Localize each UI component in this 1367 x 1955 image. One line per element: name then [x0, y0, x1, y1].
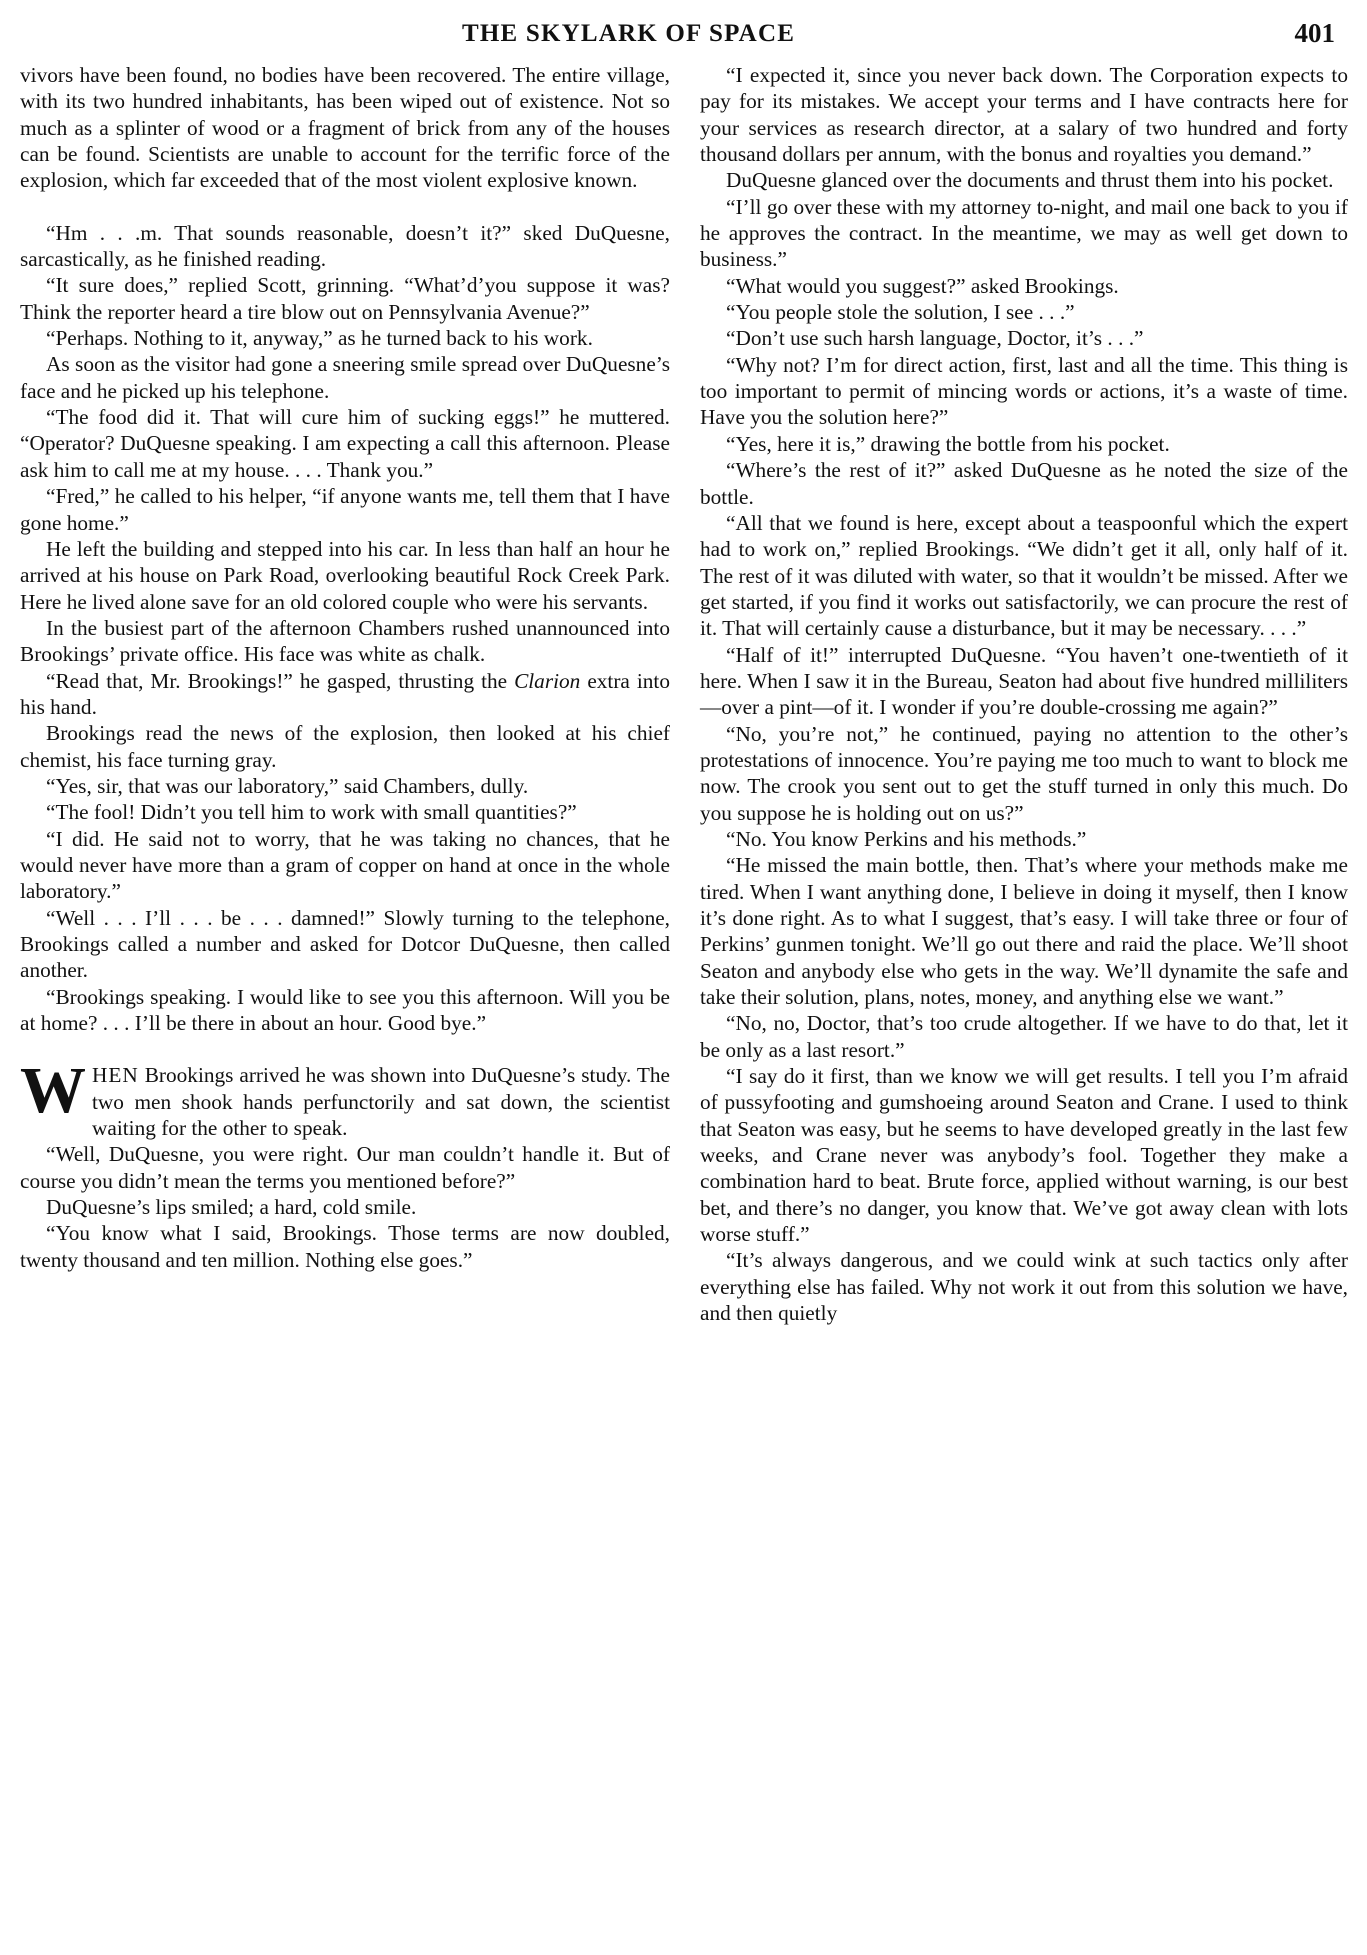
newspaper-title: Clarion — [514, 669, 580, 693]
paragraph: “Why not? I’m for direct action, first, … — [700, 352, 1348, 431]
paragraph: “Well, DuQuesne, you were right. Our man… — [20, 1141, 670, 1194]
text-run: “Read that, Mr. Brookings!” he gasped, t… — [46, 669, 514, 693]
paragraph: “All that we found is here, except about… — [700, 510, 1348, 642]
running-title: THE SKYLARK OF SPACE — [462, 20, 795, 48]
lead-word: HEN — [92, 1063, 139, 1087]
paragraph: DuQuesne glanced over the documents and … — [700, 167, 1348, 193]
left-column: vivors have been found, no bodies have b… — [20, 62, 670, 1273]
paragraph: “It’s always dangerous, and we could win… — [700, 1247, 1348, 1326]
drop-cap: W — [20, 1065, 86, 1117]
paragraph: “You people stole the solution, I see . … — [700, 299, 1348, 325]
paragraph: “Brookings speaking. I would like to see… — [20, 984, 670, 1037]
paragraph: “I say do it first, than we know we will… — [700, 1063, 1348, 1247]
paragraph: “Well . . . I’ll . . . be . . . damned!”… — [20, 905, 670, 984]
paragraph: “No, you’re not,” he continued, paying n… — [700, 721, 1348, 826]
text-run: Brookings arrived he was shown into DuQu… — [92, 1063, 670, 1140]
paragraph: vivors have been found, no bodies have b… — [20, 62, 670, 194]
right-column: “I expected it, since you never back dow… — [700, 62, 1348, 1327]
paragraph: “I did. He said not to worry, that he wa… — [20, 826, 670, 905]
paragraph-clarion: “Read that, Mr. Brookings!” he gasped, t… — [20, 668, 670, 721]
paragraph: He left the building and stepped into hi… — [20, 536, 670, 615]
running-header: THE SKYLARK OF SPACE 401 — [0, 14, 1367, 54]
paragraph: “I’ll go over these with my attorney to-… — [700, 194, 1348, 273]
paragraph: “The food did it. That will cure him of … — [20, 404, 670, 483]
paragraph: “The fool! Didn’t you tell him to work w… — [20, 799, 670, 825]
paragraph: DuQuesne’s lips smiled; a hard, cold smi… — [20, 1194, 670, 1220]
paragraph: “Don’t use such harsh language, Doctor, … — [700, 325, 1348, 351]
paragraph: “Hm . . .m. That sounds reasonable, does… — [20, 220, 670, 273]
paragraph: “No. You know Perkins and his methods.” — [700, 826, 1348, 852]
page-number: 401 — [1295, 18, 1336, 49]
paragraph: “Yes, here it is,” drawing the bottle fr… — [700, 431, 1348, 457]
paragraph: Brookings read the news of the explosion… — [20, 720, 670, 773]
paragraph: “Where’s the rest of it?” asked DuQuesne… — [700, 457, 1348, 510]
paragraph: “Half of it!” interrupted DuQuesne. “You… — [700, 642, 1348, 721]
paragraph: “You know what I said, Brookings. Those … — [20, 1220, 670, 1273]
paragraph: “Yes, sir, that was our laboratory,” sai… — [20, 773, 670, 799]
paragraph: As soon as the visitor had gone a sneeri… — [20, 351, 670, 404]
section-opening-paragraph: WHEN Brookings arrived he was shown into… — [20, 1062, 670, 1141]
paragraph: “He missed the main bottle, then. That’s… — [700, 852, 1348, 1010]
paragraph: “What would you suggest?” asked Brooking… — [700, 273, 1348, 299]
paragraph: “I expected it, since you never back dow… — [700, 62, 1348, 167]
paragraph: In the busiest part of the afternoon Cha… — [20, 615, 670, 668]
paragraph: “It sure does,” replied Scott, grinning.… — [20, 272, 670, 325]
paragraph: “Fred,” he called to his helper, “if any… — [20, 483, 670, 536]
magazine-page: THE SKYLARK OF SPACE 401 vivors have bee… — [0, 0, 1367, 1955]
paragraph: “No, no, Doctor, that’s too crude altoge… — [700, 1010, 1348, 1063]
paragraph: “Perhaps. Nothing to it, anyway,” as he … — [20, 325, 670, 351]
